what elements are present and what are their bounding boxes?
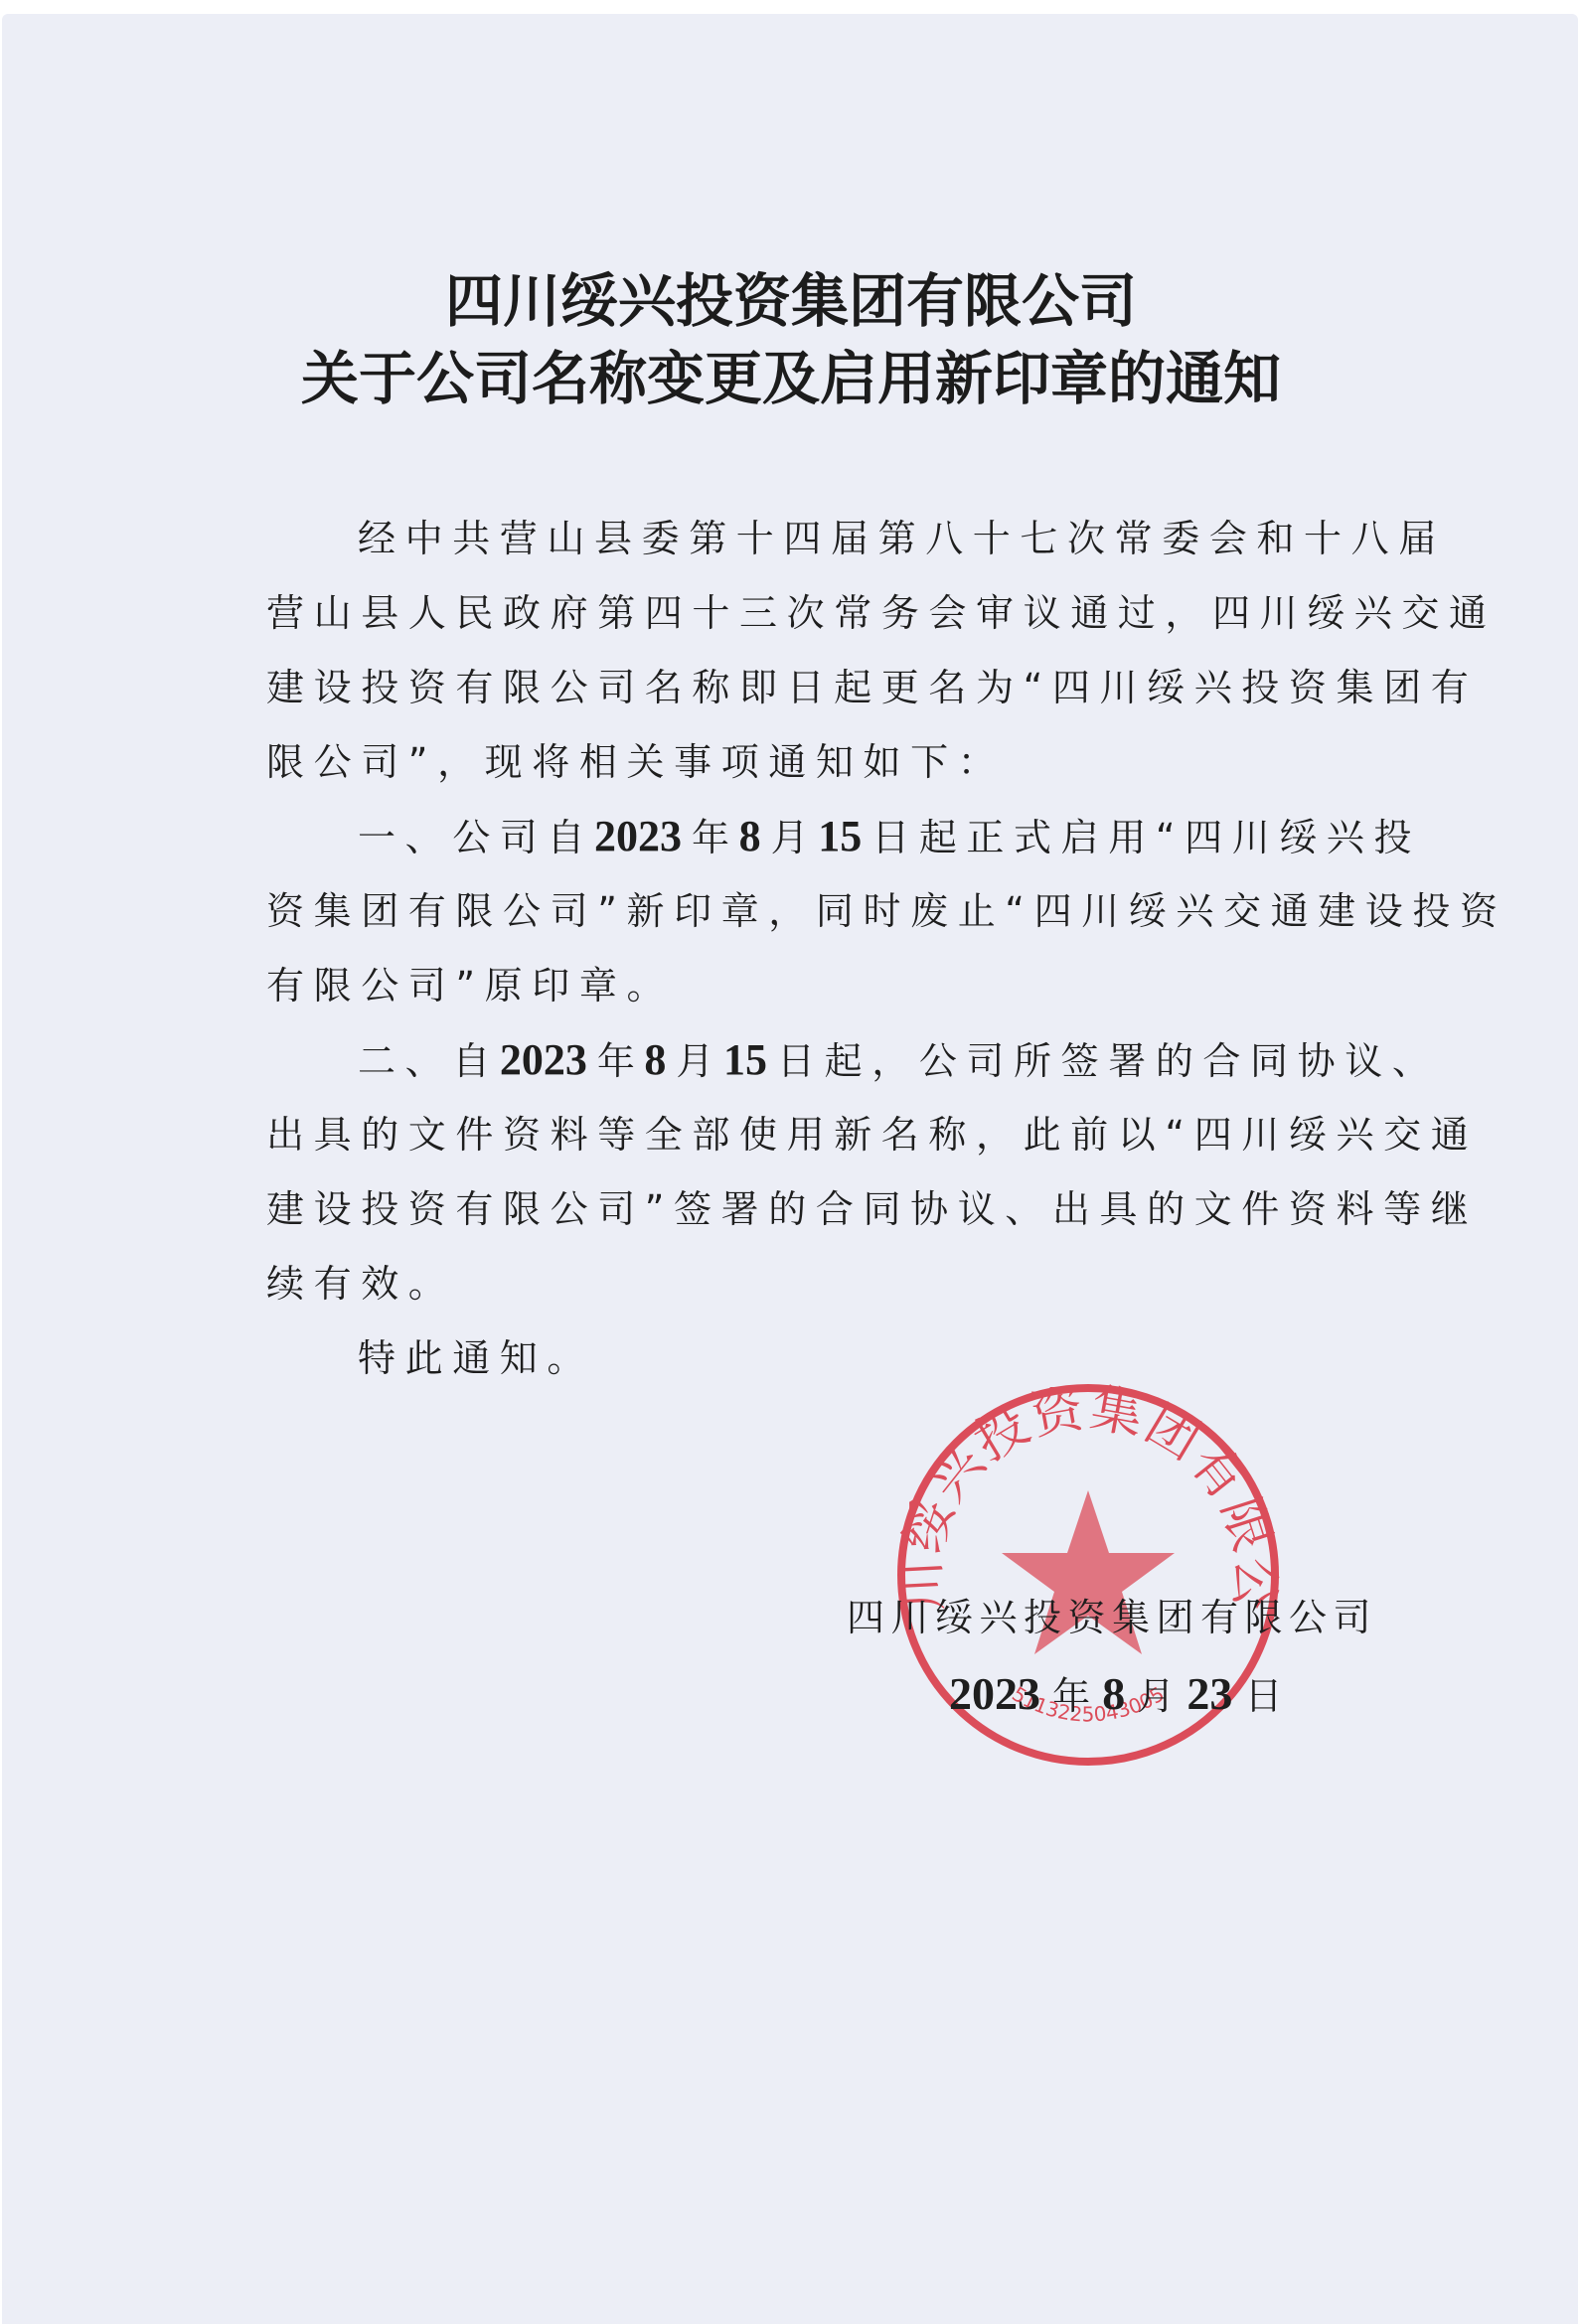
signature-org: 四川绥兴投资集团有限公司 xyxy=(847,1587,1377,1641)
item1-year: 2023 xyxy=(594,812,682,860)
item2-line-3: 建设投资有限公司”签署的合同协议、出具的文件资料等继 xyxy=(266,1187,1419,1231)
intro-line-2: 营山县人民政府第四十三次常务会审议通过，四川绥兴交通 xyxy=(266,591,1419,635)
document-title-line2: 关于公司名称变更及启用新印章的通知 xyxy=(0,344,1582,413)
signature-date: 2023 年 8 月 23 日 xyxy=(949,1665,1283,1720)
intro-line-1: 经中共营山县委第十四届第八十七次常委会和十八届 xyxy=(358,517,1510,560)
closing-line: 特此通知。 xyxy=(358,1336,1510,1380)
date-day-unit: 日 xyxy=(1245,1674,1283,1718)
item2-line-4: 续有效。 xyxy=(266,1262,1419,1306)
date-month-unit: 月 xyxy=(1137,1674,1175,1718)
intro-line-3: 建设投资有限公司名称即日起更名为“四川绥兴投资集团有 xyxy=(266,666,1419,709)
item1-line-3: 有限公司”原印章。 xyxy=(266,964,1419,1007)
item2-year: 2023 xyxy=(500,1035,587,1084)
item2-line-1: 二、自2023年8月15日起，公司所签署的合同协议、 xyxy=(358,1038,1510,1083)
item2-suffix: 日起，公司所签署的合同协议、 xyxy=(777,1039,1439,1083)
document-title-line1: 四川绥兴投资集团有限公司 xyxy=(0,266,1582,336)
item1-line-2: 资集团有限公司”新印章，同时废止“四川绥兴交通建设投资 xyxy=(266,889,1419,933)
intro-line-4: 限公司”，现将相关事项通知如下： xyxy=(266,740,1419,784)
item2-day: 15 xyxy=(723,1035,767,1084)
date-year: 2023 xyxy=(949,1668,1040,1719)
item1-day: 15 xyxy=(818,812,862,860)
item1-line-1: 一、公司自2023年8月15日起正式启用“四川绥兴投 xyxy=(358,815,1510,859)
item2-prefix: 二、自 xyxy=(358,1039,500,1083)
item2-month-unit: 月 xyxy=(676,1039,723,1083)
item1-month-unit: 月 xyxy=(771,816,819,859)
item1-year-unit: 年 xyxy=(692,816,739,859)
item2-year-unit: 年 xyxy=(597,1039,645,1083)
item2-month: 8 xyxy=(644,1035,666,1084)
date-year-unit: 年 xyxy=(1052,1674,1090,1718)
item1-suffix: 日起正式启用“四川绥兴投 xyxy=(871,816,1421,859)
item1-month: 8 xyxy=(739,812,761,860)
date-month: 8 xyxy=(1102,1668,1125,1719)
date-day: 23 xyxy=(1186,1668,1232,1719)
item2-line-2: 出具的文件资料等全部使用新名称，此前以“四川绥兴交通 xyxy=(266,1113,1419,1157)
item1-prefix: 一、公司自 xyxy=(358,816,594,859)
